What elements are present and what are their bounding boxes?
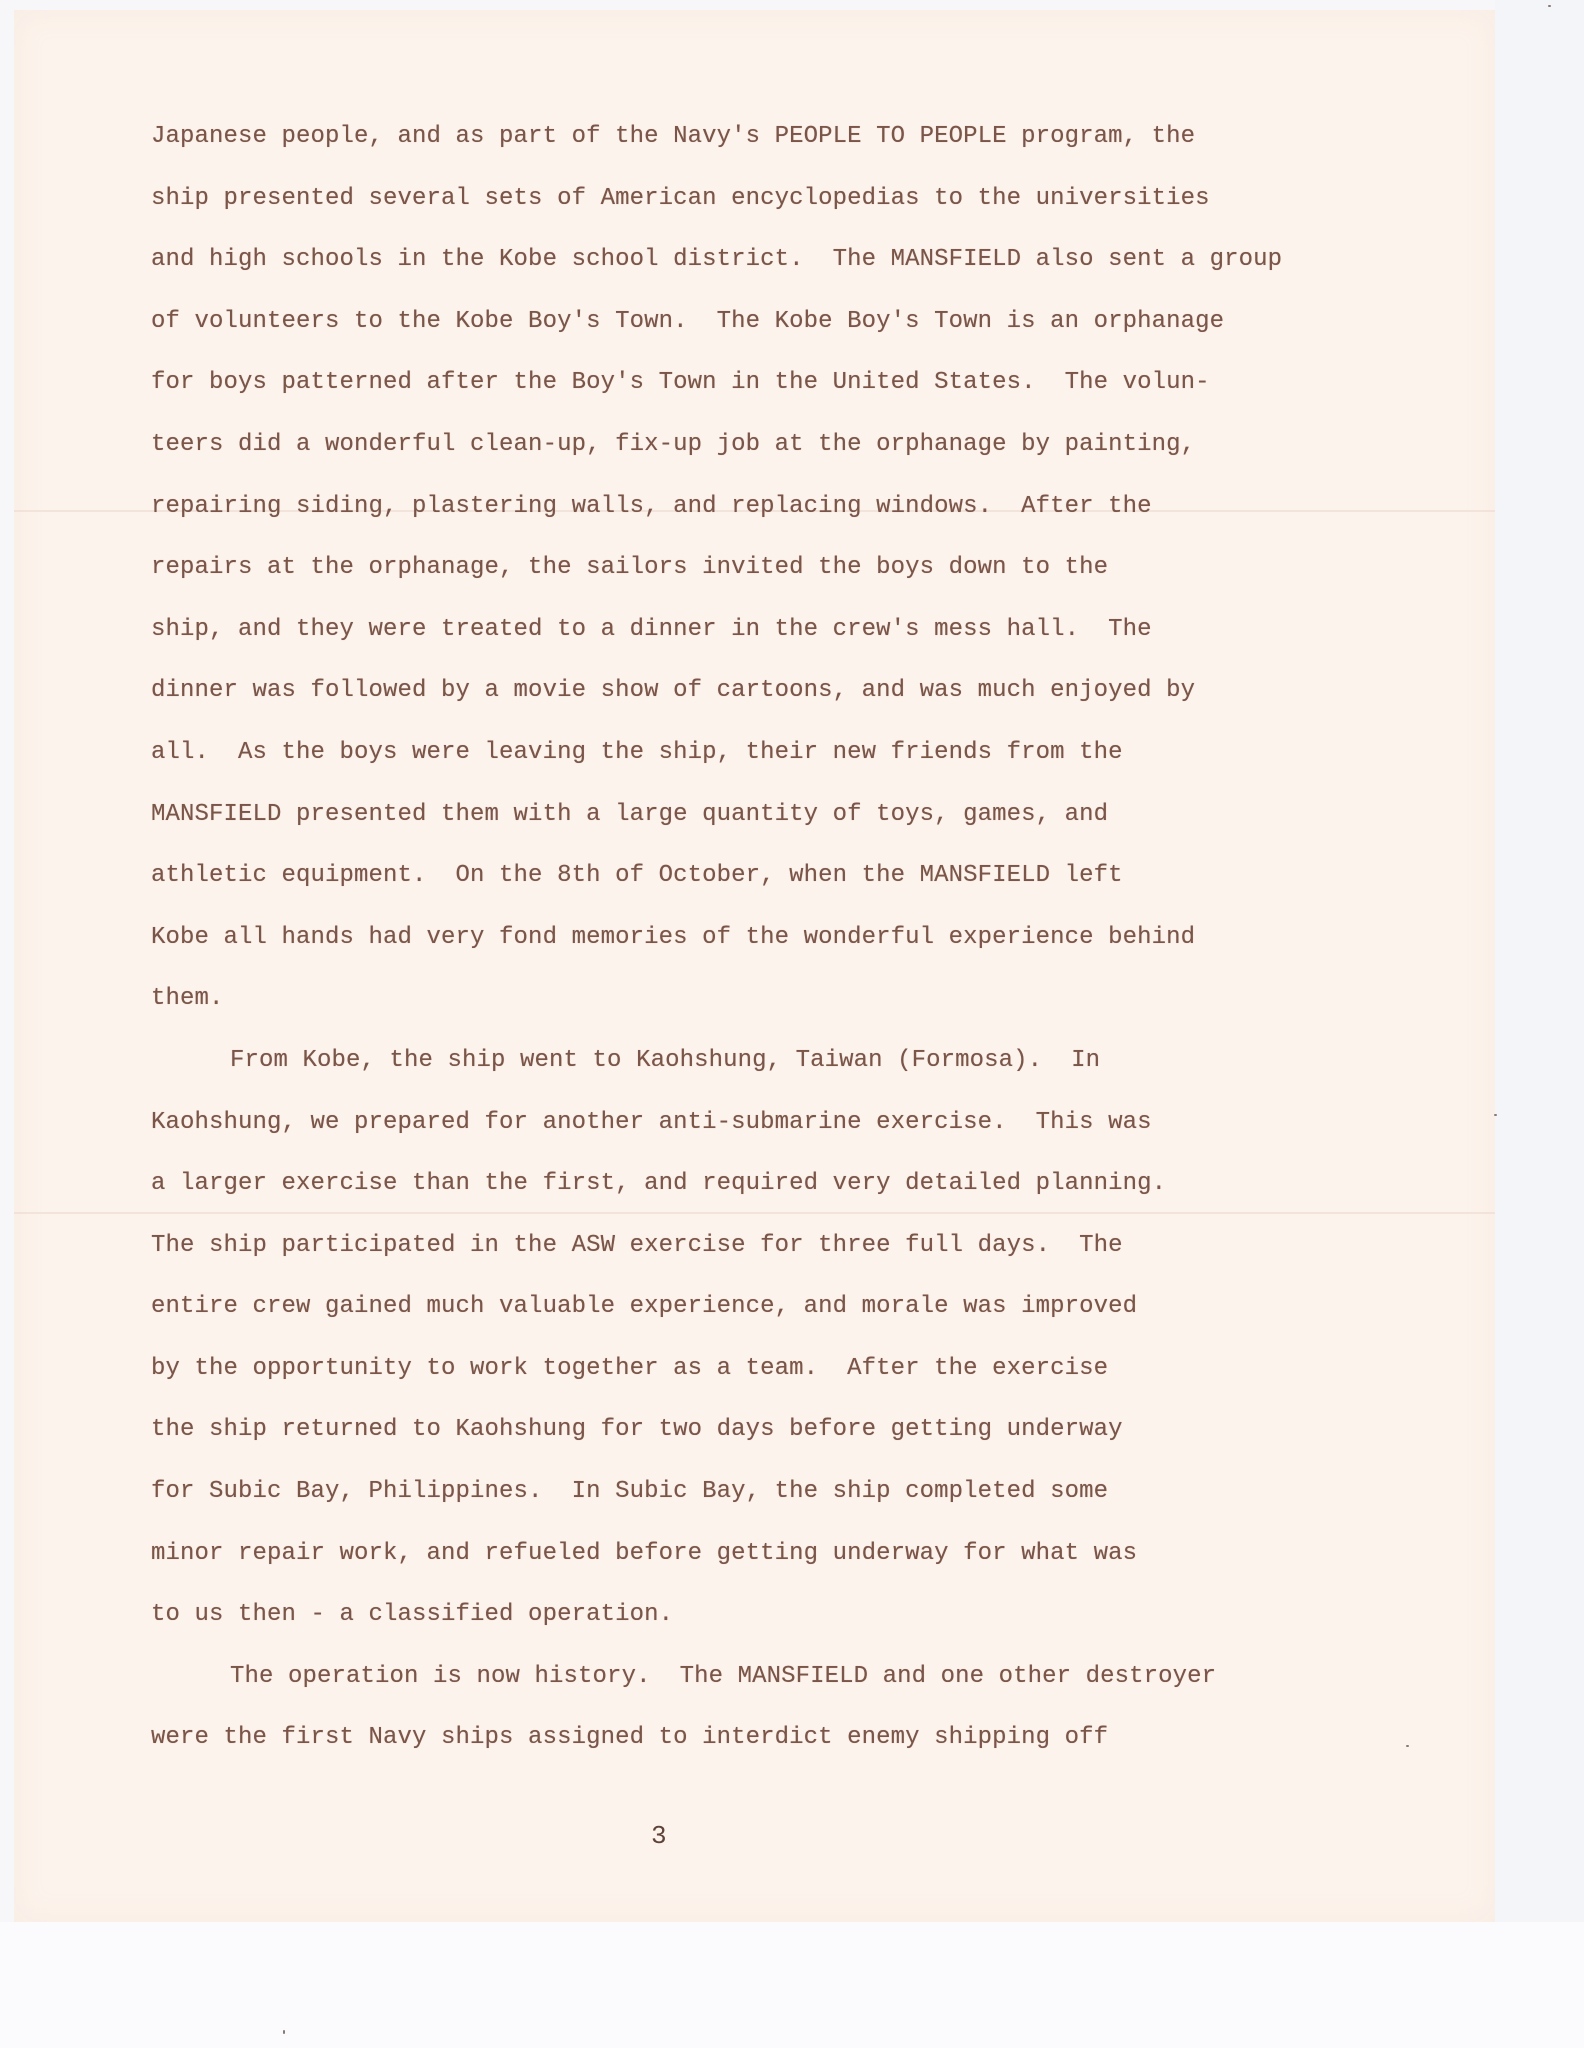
text-line: them.: [151, 968, 1451, 1030]
text-line: MANSFIELD presented them with a large qu…: [151, 784, 1451, 846]
text-line: ship presented several sets of American …: [151, 168, 1451, 230]
text-line: and high schools in the Kobe school dist…: [151, 229, 1451, 291]
body-text: Japanese people, and as part of the Navy…: [151, 106, 1451, 1769]
text-line: Japanese people, and as part of the Navy…: [151, 106, 1451, 168]
text-line-indented: From Kobe, the ship went to Kaohshung, T…: [151, 1030, 1451, 1092]
paragraph-2: From Kobe, the ship went to Kaohshung, T…: [151, 1030, 1451, 1646]
scan-speck: [1548, 5, 1551, 7]
paragraph-3: The operation is now history. The MANSFI…: [151, 1646, 1451, 1769]
scan-background-right: [1495, 0, 1584, 2048]
scan-speck: [1406, 1745, 1409, 1747]
text-line: repairs at the orphanage, the sailors in…: [151, 537, 1451, 599]
text-line: athletic equipment. On the 8th of Octobe…: [151, 845, 1451, 907]
text-line: ship, and they were treated to a dinner …: [151, 599, 1451, 661]
text-line: by the opportunity to work together as a…: [151, 1338, 1451, 1400]
text-line: The ship participated in the ASW exercis…: [151, 1215, 1451, 1277]
text-line: dinner was followed by a movie show of c…: [151, 660, 1451, 722]
text-line: Kaohshung, we prepared for another anti-…: [151, 1092, 1451, 1154]
scan-speck: [283, 2030, 285, 2034]
paragraph-1: Japanese people, and as part of the Navy…: [151, 106, 1451, 1030]
text-line: Kobe all hands had very fond memories of…: [151, 907, 1451, 969]
page-number: 3: [651, 1821, 667, 1851]
text-line: all. As the boys were leaving the ship, …: [151, 722, 1451, 784]
text-line: of volunteers to the Kobe Boy's Town. Th…: [151, 291, 1451, 353]
text-line: entire crew gained much valuable experie…: [151, 1276, 1451, 1338]
text-line: were the first Navy ships assigned to in…: [151, 1707, 1451, 1769]
text-line: for Subic Bay, Philippines. In Subic Bay…: [151, 1461, 1451, 1523]
text-line: repairing siding, plastering walls, and …: [151, 476, 1451, 538]
text-line: minor repair work, and refueled before g…: [151, 1523, 1451, 1585]
text-line: teers did a wonderful clean-up, fix-up j…: [151, 414, 1451, 476]
scan-speck: [1494, 1114, 1497, 1116]
text-line: a larger exercise than the first, and re…: [151, 1153, 1451, 1215]
scan-background-bottom: [0, 1922, 1584, 2048]
text-line: to us then - a classified operation.: [151, 1584, 1451, 1646]
text-line: the ship returned to Kaohshung for two d…: [151, 1399, 1451, 1461]
text-line: for boys patterned after the Boy's Town …: [151, 352, 1451, 414]
text-line-indented: The operation is now history. The MANSFI…: [151, 1646, 1451, 1708]
